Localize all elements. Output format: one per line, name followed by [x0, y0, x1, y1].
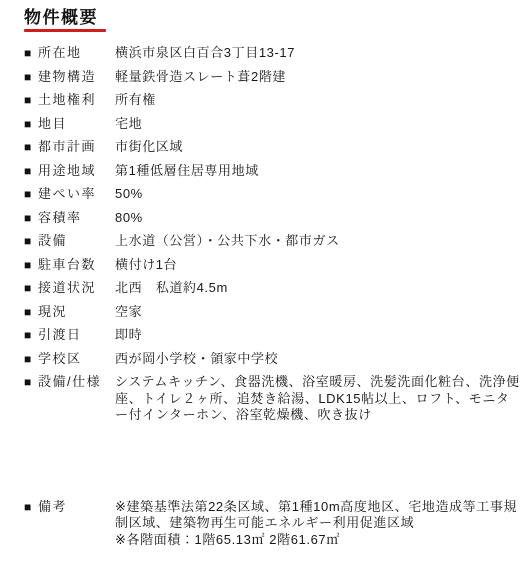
row-biko: ■ 備考 ※建築基準法第22条区域、第1種10m高度地区、宅地造成等工事規制区域…: [24, 499, 522, 549]
row-shozaichi: ■ 所在地 横浜市泉区白百合3丁目13-17: [24, 45, 522, 62]
row-label: 地目: [38, 116, 115, 133]
row-value: 市街化区域: [115, 139, 522, 156]
row-chimoku: ■ 地目 宅地: [24, 116, 522, 133]
row-value: 横浜市泉区白百合3丁目13-17: [115, 45, 522, 62]
bullet-square-icon: ■: [24, 210, 38, 227]
row-label: 設備/仕様: [38, 374, 115, 391]
row-setsubi: ■ 設備 上水道（公営）・公共下水・都市ガス: [24, 233, 522, 250]
row-label: 用途地域: [38, 163, 115, 180]
row-value: 上水道（公営）・公共下水・都市ガス: [115, 233, 522, 250]
bullet-square-icon: ■: [24, 163, 38, 180]
row-label: 建物構造: [38, 69, 115, 86]
row-yoto-chiiki: ■ 用途地域 第1種低層住居専用地域: [24, 163, 522, 180]
property-rows: ■ 所在地 横浜市泉区白百合3丁目13-17 ■ 建物構造 軽量鉄骨造スレート葺…: [24, 45, 522, 548]
bullet-square-icon: ■: [24, 45, 38, 62]
row-label: 所在地: [38, 45, 115, 62]
bullet-square-icon: ■: [24, 69, 38, 86]
row-value: 横付け1台: [115, 257, 522, 274]
row-value: 軽量鉄骨造スレート葺2階建: [115, 69, 522, 86]
bullet-square-icon: ■: [24, 139, 38, 156]
bullet-square-icon: ■: [24, 92, 38, 109]
row-tochi-kenri: ■ 土地権利 所有権: [24, 92, 522, 109]
row-toshi-keikaku: ■ 都市計画 市街化区域: [24, 139, 522, 156]
row-label: 現況: [38, 304, 115, 321]
row-value: 即時: [115, 327, 522, 344]
row-label: 土地権利: [38, 92, 115, 109]
bullet-square-icon: ■: [24, 186, 38, 203]
bullet-square-icon: ■: [24, 327, 38, 344]
bullet-square-icon: ■: [24, 304, 38, 321]
row-chusha-daisu: ■ 駐車台数 横付け1台: [24, 257, 522, 274]
row-value: 北西 私道約4.5m: [115, 280, 522, 297]
bullet-square-icon: ■: [24, 257, 38, 274]
bullet-square-icon: ■: [24, 351, 38, 368]
row-value: 西が岡小学校・領家中学校: [115, 351, 522, 368]
row-value: システムキッチン、食器洗機、浴室暖房、洗髪洗面化粧台、洗浄便座、トイレ２ヶ所、追…: [115, 374, 522, 424]
row-value: 空家: [115, 304, 522, 321]
row-label: 建ぺい率: [38, 186, 115, 203]
row-value: ※建築基準法第22条区域、第1種10m高度地区、宅地造成等工事規制区域、建築物再…: [115, 499, 522, 549]
row-genkyo: ■ 現況 空家: [24, 304, 522, 321]
row-label: 都市計画: [38, 139, 115, 156]
row-label: 学校区: [38, 351, 115, 368]
title-underline: [24, 29, 106, 32]
row-value: 第1種低層住居専用地域: [115, 163, 522, 180]
row-value: 宅地: [115, 116, 522, 133]
bullet-square-icon: ■: [24, 233, 38, 250]
bullet-square-icon: ■: [24, 116, 38, 133]
row-label: 駐車台数: [38, 257, 115, 274]
property-overview-sheet: 物件概要 ■ 所在地 横浜市泉区白百合3丁目13-17 ■ 建物構造 軽量鉄骨造…: [0, 0, 530, 580]
row-label: 備考: [38, 499, 115, 516]
row-value: 所有権: [115, 92, 522, 109]
bullet-square-icon: ■: [24, 374, 38, 391]
row-label: 設備: [38, 233, 115, 250]
row-label: 引渡日: [38, 327, 115, 344]
row-label: 容積率: [38, 210, 115, 227]
row-value: 80%: [115, 210, 522, 227]
page-title: 物件概要: [24, 8, 98, 28]
row-tatemono-kozo: ■ 建物構造 軽量鉄骨造スレート葺2階建: [24, 69, 522, 86]
row-gakko-ku: ■ 学校区 西が岡小学校・領家中学校: [24, 351, 522, 368]
row-setsubi-shiyo: ■ 設備/仕様 システムキッチン、食器洗機、浴室暖房、洗髪洗面化粧台、洗浄便座、…: [24, 374, 522, 424]
row-value: 50%: [115, 186, 522, 203]
row-yoseki-ritsu: ■ 容積率 80%: [24, 210, 522, 227]
bullet-square-icon: ■: [24, 499, 38, 516]
bullet-square-icon: ■: [24, 280, 38, 297]
row-setsudo-jokyo: ■ 接道状況 北西 私道約4.5m: [24, 280, 522, 297]
row-label: 接道状況: [38, 280, 115, 297]
row-hikiwatashi-bi: ■ 引渡日 即時: [24, 327, 522, 344]
row-kenpei-ritsu: ■ 建ぺい率 50%: [24, 186, 522, 203]
